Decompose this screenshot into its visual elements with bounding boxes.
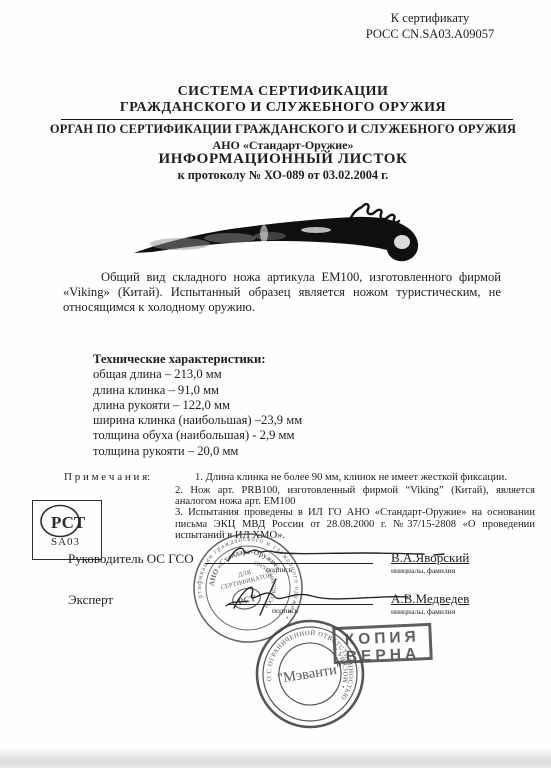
- spec-item: длина рукояти – 122,0 мм: [93, 398, 433, 413]
- spec-item: толщина рукояти – 20,0 мм: [93, 444, 433, 459]
- header-divider: [61, 119, 513, 120]
- company-stamp-name: "Мэванти": [276, 661, 344, 687]
- certification-body-line: ОРГАН ПО СЕРТИФИКАЦИИ ГРАЖДАНСКОГО И СЛУ…: [41, 122, 525, 137]
- notes-label: П р и м е ч а н и я:: [64, 471, 150, 483]
- handle-end-highlight: [394, 235, 410, 249]
- certificate-number: РОСС CN.SA03.A09057: [340, 26, 520, 42]
- protocol-subtitle: к протоколу № ХО-089 от 03.02.2004 г.: [41, 168, 525, 183]
- signatory-role-expert: Эксперт: [68, 592, 113, 608]
- scan-shadow: [0, 748, 551, 768]
- spec-item: длина клинка – 91,0 мм: [93, 383, 433, 398]
- blade-texture: [254, 232, 286, 240]
- signature-scribble-expert: [222, 576, 432, 618]
- note-line: 2. Нож арт. PRB100, изготовленный фирмой…: [175, 485, 535, 496]
- specs-heading: Технические характеристики:: [93, 352, 433, 367]
- signatory-role-head: Руководитель ОС ГСО: [68, 551, 194, 567]
- note-line: 1. Длина клинка не более 90 мм, клинок н…: [195, 472, 507, 483]
- certificate-reference: К сертификату РОСС CN.SA03.A09057: [340, 10, 520, 42]
- note-line: 3. Испытания проведены в ИЛ ГО АНО «Стан…: [175, 507, 535, 518]
- certification-system-line2: ГРАЖДАНСКОГО И СЛУЖЕБНОГО ОРУЖИЯ: [41, 100, 525, 116]
- blade-texture: [150, 238, 210, 250]
- copy-stamp-line2: ВЕРНА: [336, 645, 430, 666]
- rst-letters: РСТ: [51, 513, 86, 532]
- certificate-reference-caption: К сертификату: [340, 10, 520, 26]
- spec-item: ширина клинка (наибольшая) –23,9 мм: [93, 413, 433, 428]
- name-caption: инициалы, фамилия: [391, 566, 455, 575]
- handle-highlight: [301, 227, 331, 233]
- document-header: СИСТЕМА СЕРТИФИКАЦИИ ГРАЖДАНСКОГО И СЛУЖ…: [41, 84, 525, 153]
- page-title: ИНФОРМАЦИОННЫЙ ЛИСТОК: [41, 151, 525, 168]
- copy-verna-stamp: КОПИЯ ВЕРНА: [332, 623, 433, 664]
- spec-item: общая длина – 213,0 мм: [93, 367, 433, 382]
- document-page: К сертификату РОСС CN.SA03.A09057 СИСТЕМ…: [0, 0, 551, 768]
- spec-item: толщина обуха (наибольшая) - 2,9 мм: [93, 428, 433, 443]
- description-paragraph: Общий вид складного ножа артикула ЕМ100,…: [63, 270, 501, 316]
- handle-band-highlight: [260, 225, 268, 243]
- note-line: аналогом ножа арт. ЕМ100: [175, 496, 535, 507]
- technical-specs: Технические характеристики: общая длина …: [93, 352, 433, 459]
- blade-texture: [204, 233, 256, 243]
- knife-photo: [118, 192, 438, 270]
- rst-code: SA03: [51, 536, 80, 548]
- certification-system-line1: СИСТЕМА СЕРТИФИКАЦИИ: [41, 84, 525, 100]
- rst-conformity-mark-icon: РСТ SA03: [33, 501, 98, 556]
- signature-scribble-head: [222, 541, 457, 567]
